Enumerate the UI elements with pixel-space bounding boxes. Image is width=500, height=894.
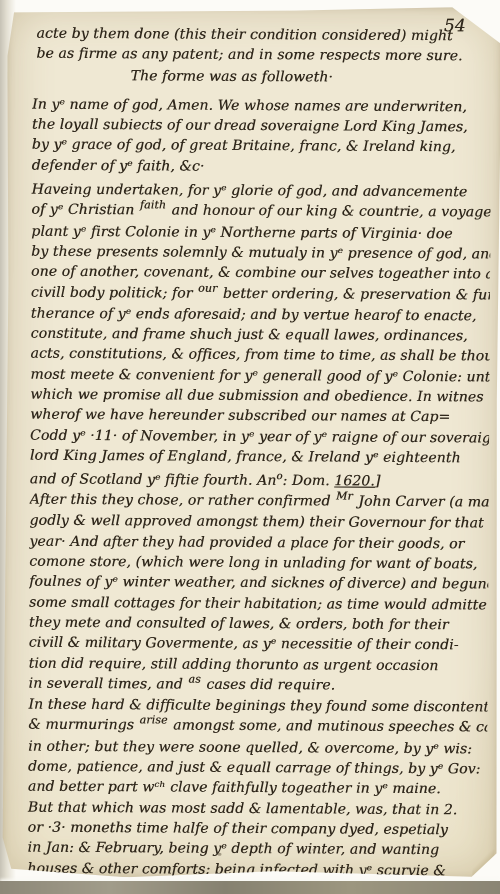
manuscript-line: comone store, (which were long in unladi…	[29, 552, 488, 575]
inserted-word: faith	[139, 199, 167, 212]
line-text: Codd yᵉ ·11· of November, in yᵉ year of …	[30, 427, 492, 446]
line-text: therance of yᵉ ends aforesaid; and by ve…	[31, 306, 477, 325]
line-text: better ordering, & preservation & fur-	[218, 285, 491, 303]
manuscript-text: acte by them done (this their condition …	[27, 24, 491, 882]
line-text: and of Scotland yᵉ fiftie fourth. An	[30, 472, 277, 490]
line-text: of yᵉ Christian	[31, 202, 139, 219]
line-text: most meete & convenient for yᵉ generall …	[30, 366, 491, 385]
inserted-word: our	[197, 281, 218, 294]
line-text: In these hard & difficulte beginings the…	[28, 697, 491, 716]
underlined-year: 1620.	[334, 473, 375, 489]
manuscript-line: constitute, and frame shuch just & equal…	[31, 324, 490, 347]
line-text: or ·3· moneths time halfe of their compa…	[28, 820, 448, 839]
ink-speck	[217, 853, 221, 856]
manuscript-line: acte by them done (this their condition …	[36, 24, 491, 47]
line-text: some small cottages for their habitation…	[29, 594, 487, 613]
line-text: John Carver (a man	[354, 494, 492, 511]
line-text: civill & military Govermente, as yᵉ nece…	[29, 635, 459, 654]
manuscript-line: be as firme as any patent; and in some r…	[36, 44, 491, 67]
manuscript-line: most meete & convenient for yᵉ generall …	[30, 364, 489, 387]
manuscript-line: Haveing undertaken, for yᵉ glorie of god…	[31, 180, 490, 203]
manuscript-line: and better part wᶜʰ clave faithfully tog…	[28, 777, 487, 800]
ink-speck	[313, 848, 316, 851]
manuscript-line: acts, constitutions, & offices, from tim…	[30, 344, 489, 367]
line-text: lord King James of England, france, & Ir…	[30, 448, 461, 467]
line-text: & murmurings	[28, 717, 138, 734]
manuscript-line: by yᵉ grace of god, of great Britaine, f…	[32, 135, 491, 158]
line-text: amongst some, and mutinous speeches & ca…	[168, 718, 491, 736]
manuscript-line: wherof we have hereunder subscribed our …	[30, 405, 489, 428]
line-text: In yᵉ name of god, Amen. We whose names …	[32, 97, 467, 116]
mayflower-compact-paragraph: In yᵉ name of god, Amen. We whose names …	[30, 95, 491, 493]
line-text: plant yᵉ first Colonie in yᵉ Northerne p…	[31, 223, 452, 242]
line-text: cases did require.	[202, 677, 335, 694]
line-text: one of another, covenant, & combine our …	[31, 264, 492, 283]
page-curl	[472, 849, 494, 875]
manuscript-line: civill & military Govermente, as yᵉ nece…	[29, 633, 488, 656]
line-text: foulnes of yᵉ winter weather, and sickne…	[29, 574, 491, 593]
manuscript-line: houses & other comforts; being infected …	[27, 858, 486, 881]
manuscript-line: they mete and consulted of lawes, & orde…	[29, 613, 488, 636]
line-text: they mete and consulted of lawes, & orde…	[29, 615, 449, 634]
line-text: comone store, (which were long in unladi…	[29, 554, 477, 573]
line-text: defender of yᵉ faith, &c·	[32, 157, 205, 174]
line-text: and better part wᶜʰ clave faithfully tog…	[28, 779, 441, 798]
line-text: ]	[375, 474, 381, 490]
manuscript-line: lord King James of England, france, & Ir…	[30, 446, 489, 469]
line-text: year· And after they had provided a plac…	[29, 533, 464, 552]
manuscript-line: and of Scotland yᵉ fiftie fourth. Ano: D…	[30, 466, 489, 493]
line-text: tion did require, still adding thorunto …	[29, 655, 439, 674]
manuscript-line: In these hard & difficulte beginings the…	[28, 695, 487, 718]
line-text: in severall times, and	[28, 675, 187, 692]
manuscript-line: In yᵉ name of god, Amen. We whose names …	[32, 95, 491, 118]
manuscript-line: tion did require, still adding thorunto …	[29, 653, 488, 676]
manuscript-line: civill body politick; for our better ord…	[31, 282, 490, 306]
manuscript-line: therance of yᵉ ends aforesaid; and by ve…	[31, 304, 490, 327]
manuscript-line: by these presents solemnly & mutualy in …	[31, 242, 490, 265]
line-text: acte by them done (this their condition …	[36, 26, 452, 45]
line-text: After this they chose, or rather confirm…	[30, 492, 335, 510]
line-text: in Jan: & February, being yᵉ depth of wi…	[27, 840, 439, 859]
manuscript-line: & murmurings arise amongst some, and mut…	[28, 715, 487, 739]
manuscript-line: in severall times, and as cases did requ…	[28, 673, 487, 697]
line-text: in other; but they were soone quelled, &…	[28, 738, 472, 757]
manuscript-line: in other; but they were soone quelled, &…	[28, 736, 487, 759]
manuscript-line: the loyall subiects of our dread soverai…	[32, 115, 491, 138]
manuscript-line: some small cottages for their habitation…	[29, 592, 488, 615]
line-text: godly & well approved amongst them) thei…	[29, 513, 483, 532]
manuscript-line: dome, patience, and just & equall carrag…	[28, 757, 487, 780]
line-text: the loyall subiects of our dread soverai…	[32, 117, 468, 136]
inserted-word: Mr	[335, 490, 354, 503]
inserted-word: arise	[139, 714, 169, 727]
photo-bottom-edge	[0, 881, 500, 894]
manuscript-line: of yᵉ Christian faith and honour of our …	[31, 200, 490, 224]
manuscript-line: defender of yᵉ faith, &c·	[32, 155, 491, 178]
line-text: wherof we have hereunder subscribed our …	[30, 407, 450, 426]
forme-heading: The forme was as followeth·	[32, 65, 491, 88]
line-text: dome, patience, and just & equall carrag…	[28, 759, 481, 778]
manuscript-photo: 54 acte by them done (this their conditi…	[0, 0, 500, 894]
manuscript-line: But that which was most sadd & lamentabl…	[28, 797, 487, 820]
line-text: constitute, and frame shuch just & equal…	[31, 326, 468, 345]
intro-paragraph: acte by them done (this their condition …	[32, 24, 491, 67]
line-text: acts, constitutions, & offices, from tim…	[30, 346, 491, 365]
line-text: houses & other comforts; being infected …	[27, 860, 446, 879]
manuscript-line: or ·3· moneths time halfe of their compa…	[28, 818, 487, 841]
line-text: which we promise all due submission and …	[30, 387, 483, 406]
inserted-word: as	[187, 672, 201, 685]
manuscript-line: godly & well approved amongst them) thei…	[29, 511, 488, 534]
manuscript-line: Codd yᵉ ·11· of November, in yᵉ year of …	[30, 425, 489, 448]
line-text: by these presents solemnly & mutualy in …	[31, 244, 491, 263]
manuscript-line: After this they chose, or rather confirm…	[30, 490, 489, 514]
line-text: be as firme as any patent; and in some r…	[36, 46, 462, 65]
line-text: and honour of our king & countrie, a voy…	[167, 203, 492, 221]
line-text: by yᵉ grace of god, of great Britaine, f…	[32, 137, 456, 156]
manuscript-line: one of another, covenant, & combine our …	[31, 262, 490, 285]
manuscript-page: 54 acte by them done (this their conditi…	[2, 4, 500, 879]
manuscript-line: plant yᵉ first Colonie in yᵉ Northerne p…	[31, 221, 490, 244]
manuscript-line: which we promise all due submission and …	[30, 385, 489, 408]
line-text: Haveing undertaken, for yᵉ glorie of god…	[31, 182, 467, 201]
manuscript-line: year· And after they had provided a plac…	[29, 531, 488, 554]
manuscript-line: foulnes of yᵉ winter weather, and sickne…	[29, 572, 488, 595]
line-text: : Dom.	[282, 473, 334, 489]
line-text: civill body politick; for	[31, 284, 197, 301]
line-text: But that which was most sadd & lamentabl…	[28, 799, 458, 818]
manuscript-line: in Jan: & February, being yᵉ depth of wi…	[27, 838, 486, 861]
hardships-paragraph: In these hard & difficulte beginings the…	[27, 695, 487, 881]
governor-election-paragraph: After this they chose, or rather confirm…	[28, 490, 488, 698]
